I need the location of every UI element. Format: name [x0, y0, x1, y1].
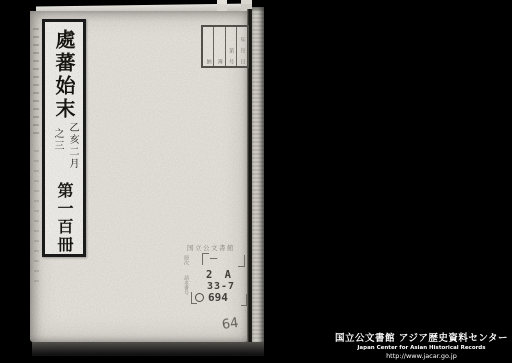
bracket-mark	[202, 253, 209, 265]
register-column-text: 年 月 日	[239, 37, 244, 66]
archive-stamp-number-row: 694	[195, 292, 228, 303]
archive-stamp-dash: —	[210, 252, 217, 264]
spine-stitch-marks	[33, 28, 39, 138]
register-stamp-column: 納	[203, 27, 213, 66]
register-column-text: 簿	[217, 59, 222, 66]
scanned-archive-page: 處蕃始末 乙亥二月 之三 第一百冊 納 簿 第 号 年 月 日 国立公文書館 冊…	[0, 0, 512, 363]
archive-stamp-label-bottom: 請求番号	[183, 275, 188, 295]
archive-stamp-label-top: 冊次	[183, 255, 188, 265]
circle-mark-icon	[195, 293, 204, 302]
register-column-text: 納	[206, 59, 211, 66]
spine-stitch-marks	[34, 150, 39, 290]
archive-stamp-class-value: 2 A	[206, 270, 234, 281]
watermark-url: http://www.jacar.go.jp	[335, 352, 508, 360]
archive-stamp-number-value: 694	[208, 292, 228, 303]
archive-call-number-stamp: 国立公文書館 冊次 請求番号 — 2 A 33-7 694	[180, 242, 254, 310]
title-part-text: 之三	[52, 128, 62, 152]
pages-bottom-edge	[32, 342, 264, 356]
jacar-watermark: 国立公文書館 アジア歴史資料センター Japan Center for Asia…	[335, 330, 508, 360]
register-stamp-column: 簿	[213, 27, 224, 66]
register-stamp: 納 簿 第 号 年 月 日	[201, 25, 249, 68]
register-stamp-column: 第 号	[225, 27, 236, 66]
title-main-text: 處蕃始末	[54, 29, 74, 121]
register-column-text: 第 号	[228, 48, 233, 66]
title-date-text: 乙亥二月	[67, 122, 77, 170]
watermark-english-title: Japan Center for Asian Historical Record…	[335, 345, 508, 351]
pencil-note: 64	[221, 316, 239, 333]
title-label: 處蕃始末 乙亥二月 之三 第一百冊	[42, 19, 86, 257]
title-volume-text: 第一百冊	[56, 182, 72, 254]
bracket-mark	[241, 294, 247, 306]
register-stamp-column: 年 月 日	[236, 27, 247, 66]
watermark-japanese-title: 国立公文書館 アジア歴史資料センター	[335, 330, 508, 344]
bracket-mark	[238, 255, 245, 267]
